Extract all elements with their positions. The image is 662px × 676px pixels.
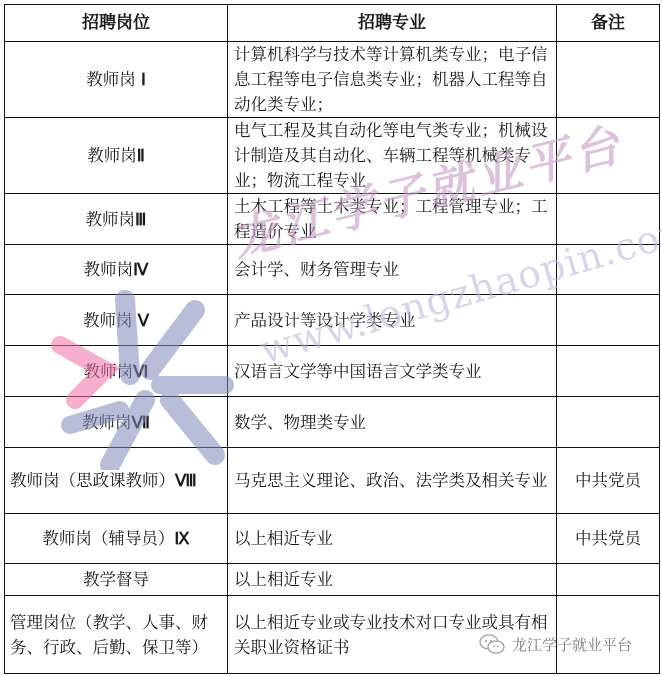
position-cell: 教师岗Ⅳ: [5, 245, 228, 295]
major-cell: 产品设计等设计学类专业: [228, 295, 557, 346]
position-roman: Ⅰ: [141, 70, 146, 89]
position-label: 教师岗: [86, 70, 136, 89]
position-roman: Ⅱ: [137, 146, 145, 165]
position-roman: Ⅳ: [133, 260, 148, 279]
major-cell: 数学、物理类专业: [228, 397, 557, 448]
note-cell: [557, 118, 660, 194]
note-cell: [557, 295, 660, 346]
header-position: 招聘岗位: [5, 5, 228, 42]
position-roman: Ⅴ: [138, 311, 149, 330]
note-cell: [557, 42, 660, 118]
table-row: 教师岗（辅导员）Ⅸ 以上相近专业 中共党员: [5, 514, 660, 564]
position-roman: Ⅲ: [135, 210, 146, 229]
brand-name: 龙江学子就业平台: [512, 634, 632, 655]
table-row: 教师岗Ⅲ 土木工程等土木类专业；工程管理专业；工程造价专业: [5, 194, 660, 245]
major-cell: 以上相近专业: [228, 514, 557, 564]
table-row: 教师岗（思政课教师）Ⅷ 马克思主义理论、政治、法学类及相关专业 中共党员: [5, 448, 660, 514]
wechat-icon: [478, 633, 506, 655]
position-roman: Ⅶ: [132, 413, 150, 432]
position-label: 教师岗（思政课教师）: [10, 471, 175, 490]
note-cell: [557, 346, 660, 397]
position-cell: 教师岗Ⅱ: [5, 118, 228, 194]
major-cell: 汉语言文学等中国语言文学类专业: [228, 346, 557, 397]
position-label: 教师岗: [84, 260, 134, 279]
position-label: 教师岗（辅导员）: [42, 529, 174, 548]
note-cell: 中共党员: [557, 448, 660, 514]
position-cell: 教师岗Ⅶ: [5, 397, 228, 448]
position-cell: 教师岗 Ⅰ: [5, 42, 228, 118]
note-cell: [557, 245, 660, 295]
position-cell: 教师岗Ⅵ: [5, 346, 228, 397]
note-cell: [557, 397, 660, 448]
position-cell: 教学督导: [5, 564, 228, 596]
position-label: 教学督导: [83, 570, 149, 589]
major-cell: 电气工程及其自动化等电气类专业；机械设计制造及其自动化、车辆工程等机械类专业；物…: [228, 118, 557, 194]
position-cell: 教师岗（思政课教师）Ⅷ: [5, 448, 228, 514]
position-roman: Ⅵ: [133, 362, 148, 381]
header-major: 招聘专业: [228, 5, 557, 42]
position-label: 管理岗位（教学、人事、财务、行政、后勤、保卫等）: [10, 613, 208, 657]
wechat-brand-watermark: 龙江学子就业平台: [478, 633, 632, 655]
position-cell: 教师岗（辅导员）Ⅸ: [5, 514, 228, 564]
table-row: 教师岗Ⅳ 会计学、财务管理专业: [5, 245, 660, 295]
position-roman: Ⅷ: [175, 471, 197, 490]
major-cell: 土木工程等土木类专业；工程管理专业；工程造价专业: [228, 194, 557, 245]
position-label: 教师岗: [84, 362, 134, 381]
position-label: 教师岗: [82, 413, 132, 432]
table-row: 教师岗 Ⅰ 计算机科学与技术等计算机类专业；电子信息工程等电子信息类专业；机器人…: [5, 42, 660, 118]
header-note: 备注: [557, 5, 660, 42]
table-row: 教学督导 以上相近专业: [5, 564, 660, 596]
note-cell: [557, 564, 660, 596]
position-label: 教师岗: [83, 311, 133, 330]
position-label: 教师岗: [86, 210, 136, 229]
table-row: 教师岗Ⅵ 汉语言文学等中国语言文学类专业: [5, 346, 660, 397]
position-cell: 教师岗 Ⅴ: [5, 295, 228, 346]
position-label: 教师岗: [87, 146, 137, 165]
major-cell: 会计学、财务管理专业: [228, 245, 557, 295]
note-cell: [557, 194, 660, 245]
table-header-row: 招聘岗位 招聘专业 备注: [5, 5, 660, 42]
position-cell: 教师岗Ⅲ: [5, 194, 228, 245]
position-cell: 管理岗位（教学、人事、财务、行政、后勤、保卫等）: [5, 596, 228, 674]
table-row: 教师岗 Ⅴ 产品设计等设计学类专业: [5, 295, 660, 346]
table-row: 教师岗Ⅶ 数学、物理类专业: [5, 397, 660, 448]
major-cell: 马克思主义理论、政治、法学类及相关专业: [228, 448, 557, 514]
table-row: 教师岗Ⅱ 电气工程及其自动化等电气类专业；机械设计制造及其自动化、车辆工程等机械…: [5, 118, 660, 194]
major-cell: 计算机科学与技术等计算机类专业；电子信息工程等电子信息类专业；机器人工程等自动化…: [228, 42, 557, 118]
note-cell: 中共党员: [557, 514, 660, 564]
major-cell: 以上相近专业: [228, 564, 557, 596]
position-roman: Ⅸ: [174, 529, 189, 548]
recruitment-table: 招聘岗位 招聘专业 备注 教师岗 Ⅰ 计算机科学与技术等计算机类专业；电子信息工…: [4, 4, 660, 674]
